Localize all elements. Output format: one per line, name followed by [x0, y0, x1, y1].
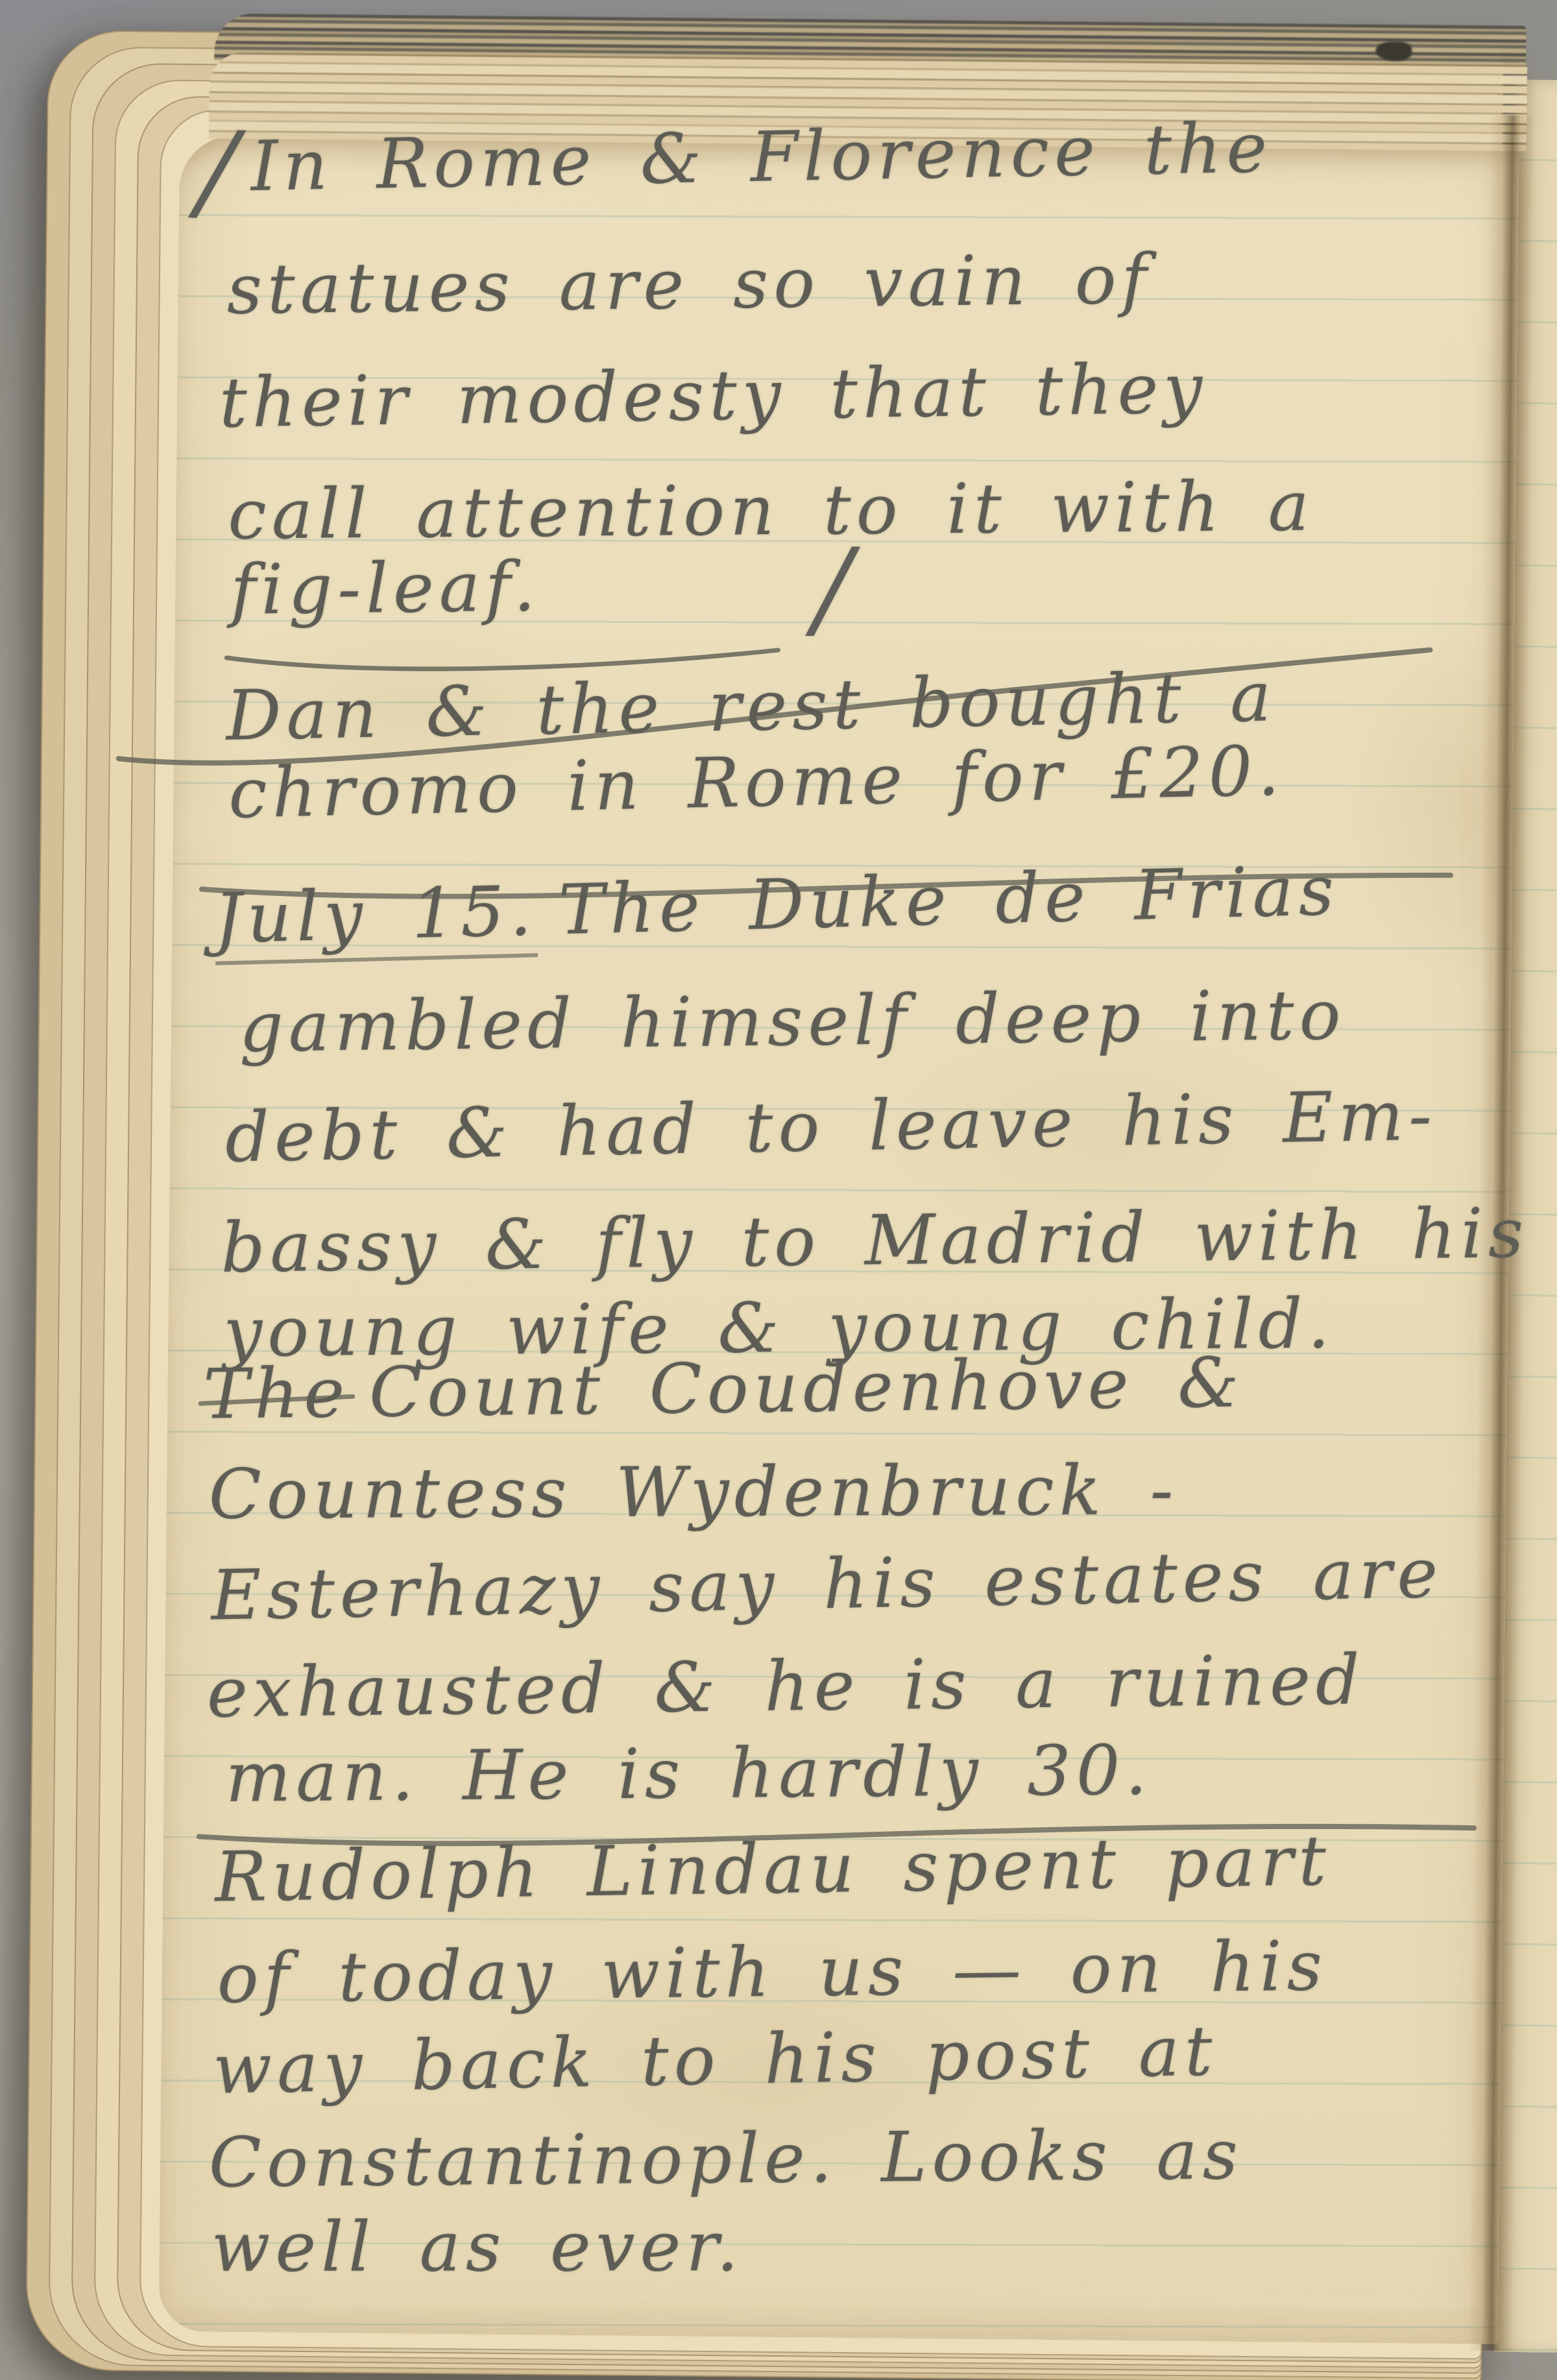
entry-slash-mark: / — [197, 115, 243, 226]
manuscript-line: exhausted & he is a ruined — [206, 1645, 1365, 1727]
manuscript-line: In Rome & Florence the — [250, 114, 1273, 201]
manuscript-line: call attention to it with a — [228, 472, 1314, 550]
manuscript-line: fig-leaf. — [230, 552, 541, 624]
photo-of-notebook: { "colors": { "backdrop_gray": "#9a968f"… — [0, 0, 1557, 2380]
line-text: Count Coudenhove & — [368, 1342, 1244, 1432]
date-underlined: July 15. — [213, 871, 538, 965]
line-text: Constantinople. Looks as — [209, 2115, 1244, 2203]
manuscript-line: well as ever. — [211, 2213, 743, 2282]
line-text: of today with us — on his — [217, 1926, 1328, 2018]
line-text: Countess Wydenbruck - — [209, 1450, 1179, 1535]
line-text: bassy & fly to Madrid with his — [221, 1193, 1529, 1288]
manuscript-line: Constantinople. Looks as — [209, 2120, 1244, 2198]
line-text: Rudolph Lindau spent part — [214, 1821, 1332, 1917]
manuscript-line: way back to his post at — [212, 2017, 1218, 2104]
notebook: / In Rome & Florence the statues are so … — [16, 10, 1557, 2358]
line-text: fig-leaf. — [230, 546, 541, 629]
manuscript-line: bassy & fly to Madrid with his — [221, 1199, 1529, 1283]
line-text: well as ever. — [211, 2207, 743, 2287]
slash: / — [196, 106, 243, 236]
struck-word: The — [203, 1359, 350, 1429]
manuscript-line: man. He is hardly 30. — [225, 1736, 1152, 1812]
slash: / — [814, 524, 856, 652]
line-text: gambled himself deep into — [239, 975, 1346, 1067]
manuscript-line: TheCount Coudenhove & — [203, 1348, 1244, 1429]
manuscript-line: Countess Wydenbruck - — [209, 1456, 1179, 1529]
manuscript-line: their modesty that they — [219, 354, 1208, 438]
line-text: call attention to it with a — [228, 467, 1314, 555]
line-text: man. He is hardly 30. — [225, 1730, 1152, 1817]
manuscript-line: Rudolph Lindau spent part — [214, 1827, 1331, 1912]
line-text: their modesty that they — [219, 348, 1208, 443]
line-text: exhausted & he is a ruined — [206, 1640, 1365, 1732]
manuscript-line: gambled himself deep into — [239, 981, 1346, 1062]
manuscript-line: of today with us — on his — [217, 1932, 1327, 2013]
line-text: statues are so vain of — [226, 239, 1152, 330]
manuscript-line: statues are so vain of — [226, 245, 1152, 324]
entry-slash-mark: / — [814, 533, 857, 643]
